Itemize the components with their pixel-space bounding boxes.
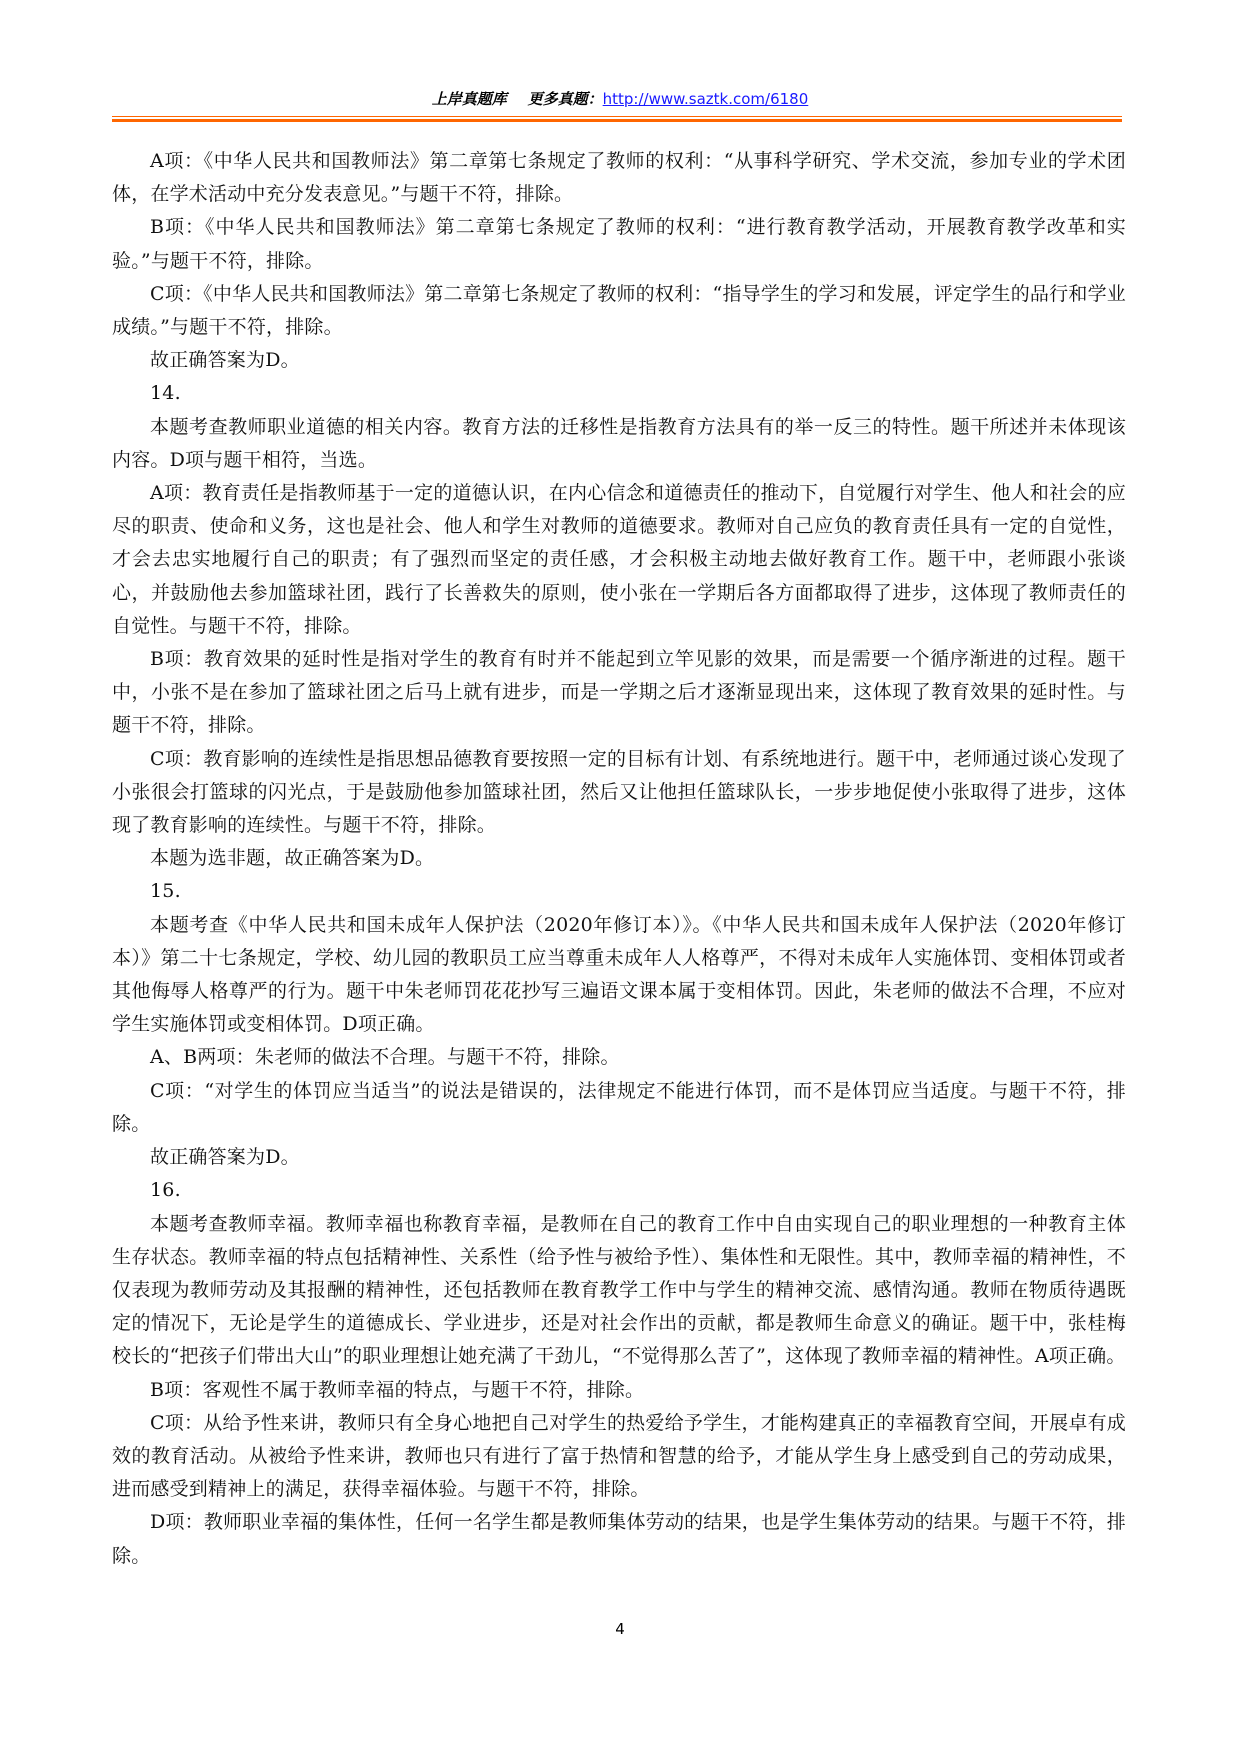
paragraph: A、B两项：朱老师的做法不合理。与题干不符，排除。 bbox=[112, 1041, 1126, 1074]
paragraph: B项：教育效果的延时性是指对学生的教育有时并不能起到立竿见影的效果，而是需要一个… bbox=[112, 643, 1126, 743]
paragraph: 本题考查教师幸福。教师幸福也称教育幸福，是教师在自己的教育工作中自由实现自己的职… bbox=[112, 1208, 1126, 1374]
paragraph: 本题考查《中华人民共和国未成年人保护法（2020年修订本）》。《中华人民共和国未… bbox=[112, 909, 1126, 1042]
paragraph: B项：客观性不属于教师幸福的特点，与题干不符，排除。 bbox=[112, 1374, 1126, 1407]
site-link[interactable]: http://www.saztk.com/6180 bbox=[603, 90, 809, 108]
page-header: 上岸真题库 更多真题：http://www.saztk.com/6180 bbox=[110, 88, 1130, 118]
paragraph: B项：《中华人民共和国教师法》第二章第七条规定了教师的权利：“进行教育教学活动，… bbox=[112, 211, 1126, 277]
header-rule-thin bbox=[112, 116, 1122, 117]
paragraph: 故正确答案为D。 bbox=[112, 1141, 1126, 1174]
paragraph: 故正确答案为D。 bbox=[112, 344, 1126, 377]
paragraph: C项：“对学生的体罚应当适当”的说法是错误的，法律规定不能进行体罚，而不是体罚应… bbox=[112, 1075, 1126, 1141]
paragraph: A项：《中华人民共和国教师法》第二章第七条规定了教师的权利：“从事科学研究、学术… bbox=[112, 145, 1126, 211]
more-label: 更多真题： bbox=[528, 90, 603, 108]
paragraph: C项：从给予性来讲，教师只有全身心地把自己对学生的热爱给予学生，才能构建真正的幸… bbox=[112, 1407, 1126, 1507]
paragraph: C项：《中华人民共和国教师法》第二章第七条规定了教师的权利：“指导学生的学习和发… bbox=[112, 278, 1126, 344]
site-name: 上岸真题库 bbox=[432, 90, 507, 108]
paragraph: 本题考查教师职业道德的相关内容。教育方法的迁移性是指教育方法具有的举一反三的特性… bbox=[112, 411, 1126, 477]
header-rule-thick bbox=[112, 119, 1122, 122]
paragraph: 本题为选非题，故正确答案为D。 bbox=[112, 842, 1126, 875]
paragraph: D项：教师职业幸福的集体性，任何一名学生都是教师集体劳动的结果，也是学生集体劳动… bbox=[112, 1506, 1126, 1572]
paragraph: C项：教育影响的连续性是指思想品德教育要按照一定的目标有计划、有系统地进行。题干… bbox=[112, 743, 1126, 843]
question-number: 14. bbox=[112, 377, 1126, 410]
page-number: 4 bbox=[0, 1620, 1240, 1638]
question-number: 16. bbox=[112, 1174, 1126, 1207]
document-body: A项：《中华人民共和国教师法》第二章第七条规定了教师的权利：“从事科学研究、学术… bbox=[112, 145, 1126, 1573]
paragraph: A项：教育责任是指教师基于一定的道德认识，在内心信念和道德责任的推动下，自觉履行… bbox=[112, 477, 1126, 643]
question-number: 15. bbox=[112, 875, 1126, 908]
